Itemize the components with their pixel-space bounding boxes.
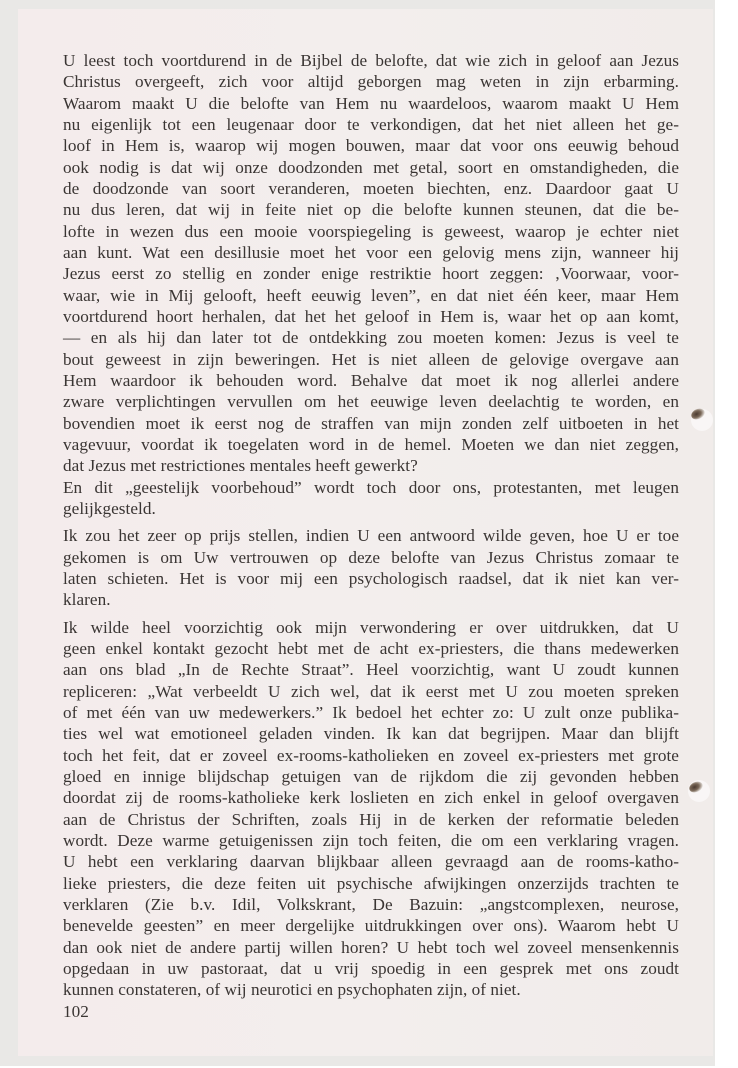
text-line: vagevuur, voordat ik toegelaten word in … (63, 435, 679, 455)
text-line: Jezus eerst zo stellig en zonder enige r… (63, 264, 679, 284)
text-line: dat Jezus met restrictiones mentales hee… (63, 456, 679, 476)
text-line: wordt. Deze warme getuigenissen zijn toc… (63, 831, 679, 851)
text-line: bovendien moet ik eerst nog de straffen … (63, 414, 679, 434)
text-line: Christus overgeeft, zich voor altijd geb… (63, 72, 679, 92)
text-line: lofte in wezen dus een mooie voorspiegel… (63, 222, 679, 242)
text-line: de doodzonde van soort veranderen, moete… (63, 179, 679, 199)
text-line: verklaren (Zie b.v. Idil, Volkskrant, De… (63, 895, 679, 915)
text-line: voortdurend hoort herhalen, dat het het … (63, 307, 679, 327)
text-line: aan ons blad „In de Rechte Straat”. Heel… (63, 660, 679, 680)
text-line: aan de Christus der Schriften, zoals Hij… (63, 810, 679, 830)
text-line: bout geweest in zijn beweringen. Het is … (63, 350, 679, 370)
text-line: gloed en innige blijdschap getuigen van … (63, 767, 679, 787)
text-line: klaren. (63, 590, 679, 610)
text-line: gekomen is om Uw vertrouwen op deze belo… (63, 548, 679, 568)
text-line: doordat zij de rooms-katholieke kerk los… (63, 788, 679, 808)
text-line: En dit „geestelijk voorbehoud” wordt toc… (63, 478, 679, 498)
text-line: laten schieten. Het is voor mij een psyc… (63, 569, 679, 589)
page-number: 102 (63, 1002, 89, 1022)
text-line: dan ook niet de andere partij willen hor… (63, 938, 679, 958)
scan-frame: U leest toch voortdurend in de Bijbel de… (0, 0, 738, 1068)
text-line: aan kunt. Wat een desillusie moet het vo… (63, 243, 679, 263)
text-line: benevelde geesten” en meer dergelijke ui… (63, 916, 679, 936)
text-line: opgedaan in uw pastoraat, dat u vrij spo… (63, 959, 679, 979)
text-line: gelijkgesteld. (63, 499, 679, 519)
text-line: nu eigenlijk tot een leugenaar door te v… (63, 115, 679, 135)
text-line: waar, wie in Mij gelooft, heeft eeuwig l… (63, 286, 679, 306)
text-line: ook nodig is dat wij onze doodzonden met… (63, 158, 679, 178)
text-line: Waarom maakt U die belofte van Hem nu wa… (63, 94, 679, 114)
text-line: loof in Hem is, waarop wij mogen bouwen,… (63, 136, 679, 156)
text-line: of met één van uw medewerkers.” Ik bedoe… (63, 703, 679, 723)
text-line: Hem waardoor ik behouden word. Behalve d… (63, 371, 679, 391)
text-line: Ik zou het zeer op prijs stellen, indien… (63, 526, 679, 546)
text-line: — en als hij dan later tot de ontdekking… (63, 328, 679, 348)
text-line: geen enkel kontakt gezocht hebt met de a… (63, 639, 679, 659)
text-line: U leest toch voortdurend in de Bijbel de… (63, 51, 679, 71)
text-line: nu dus leren, dat wij in feite niet op d… (63, 200, 679, 220)
text-line: zware verplichtingen vervullen om het ee… (63, 392, 679, 412)
text-line: U hebt een verklaring daarvan blijkbaar … (63, 852, 679, 872)
text-line: Ik wilde heel voorzichtig ook mijn verwo… (63, 618, 679, 638)
text-line: kunnen constateren, of wij neurotici en … (63, 980, 679, 1000)
text-line: ties wel wat emotioneel geladen vinden. … (63, 724, 679, 744)
text-line: lieke priesters, die deze feiten uit psy… (63, 874, 679, 894)
text-line: toch het feit, dat er zoveel ex-rooms-ka… (63, 746, 679, 766)
text-line: repliceren: „Wat verbeeldt U zich wel, d… (63, 682, 679, 702)
